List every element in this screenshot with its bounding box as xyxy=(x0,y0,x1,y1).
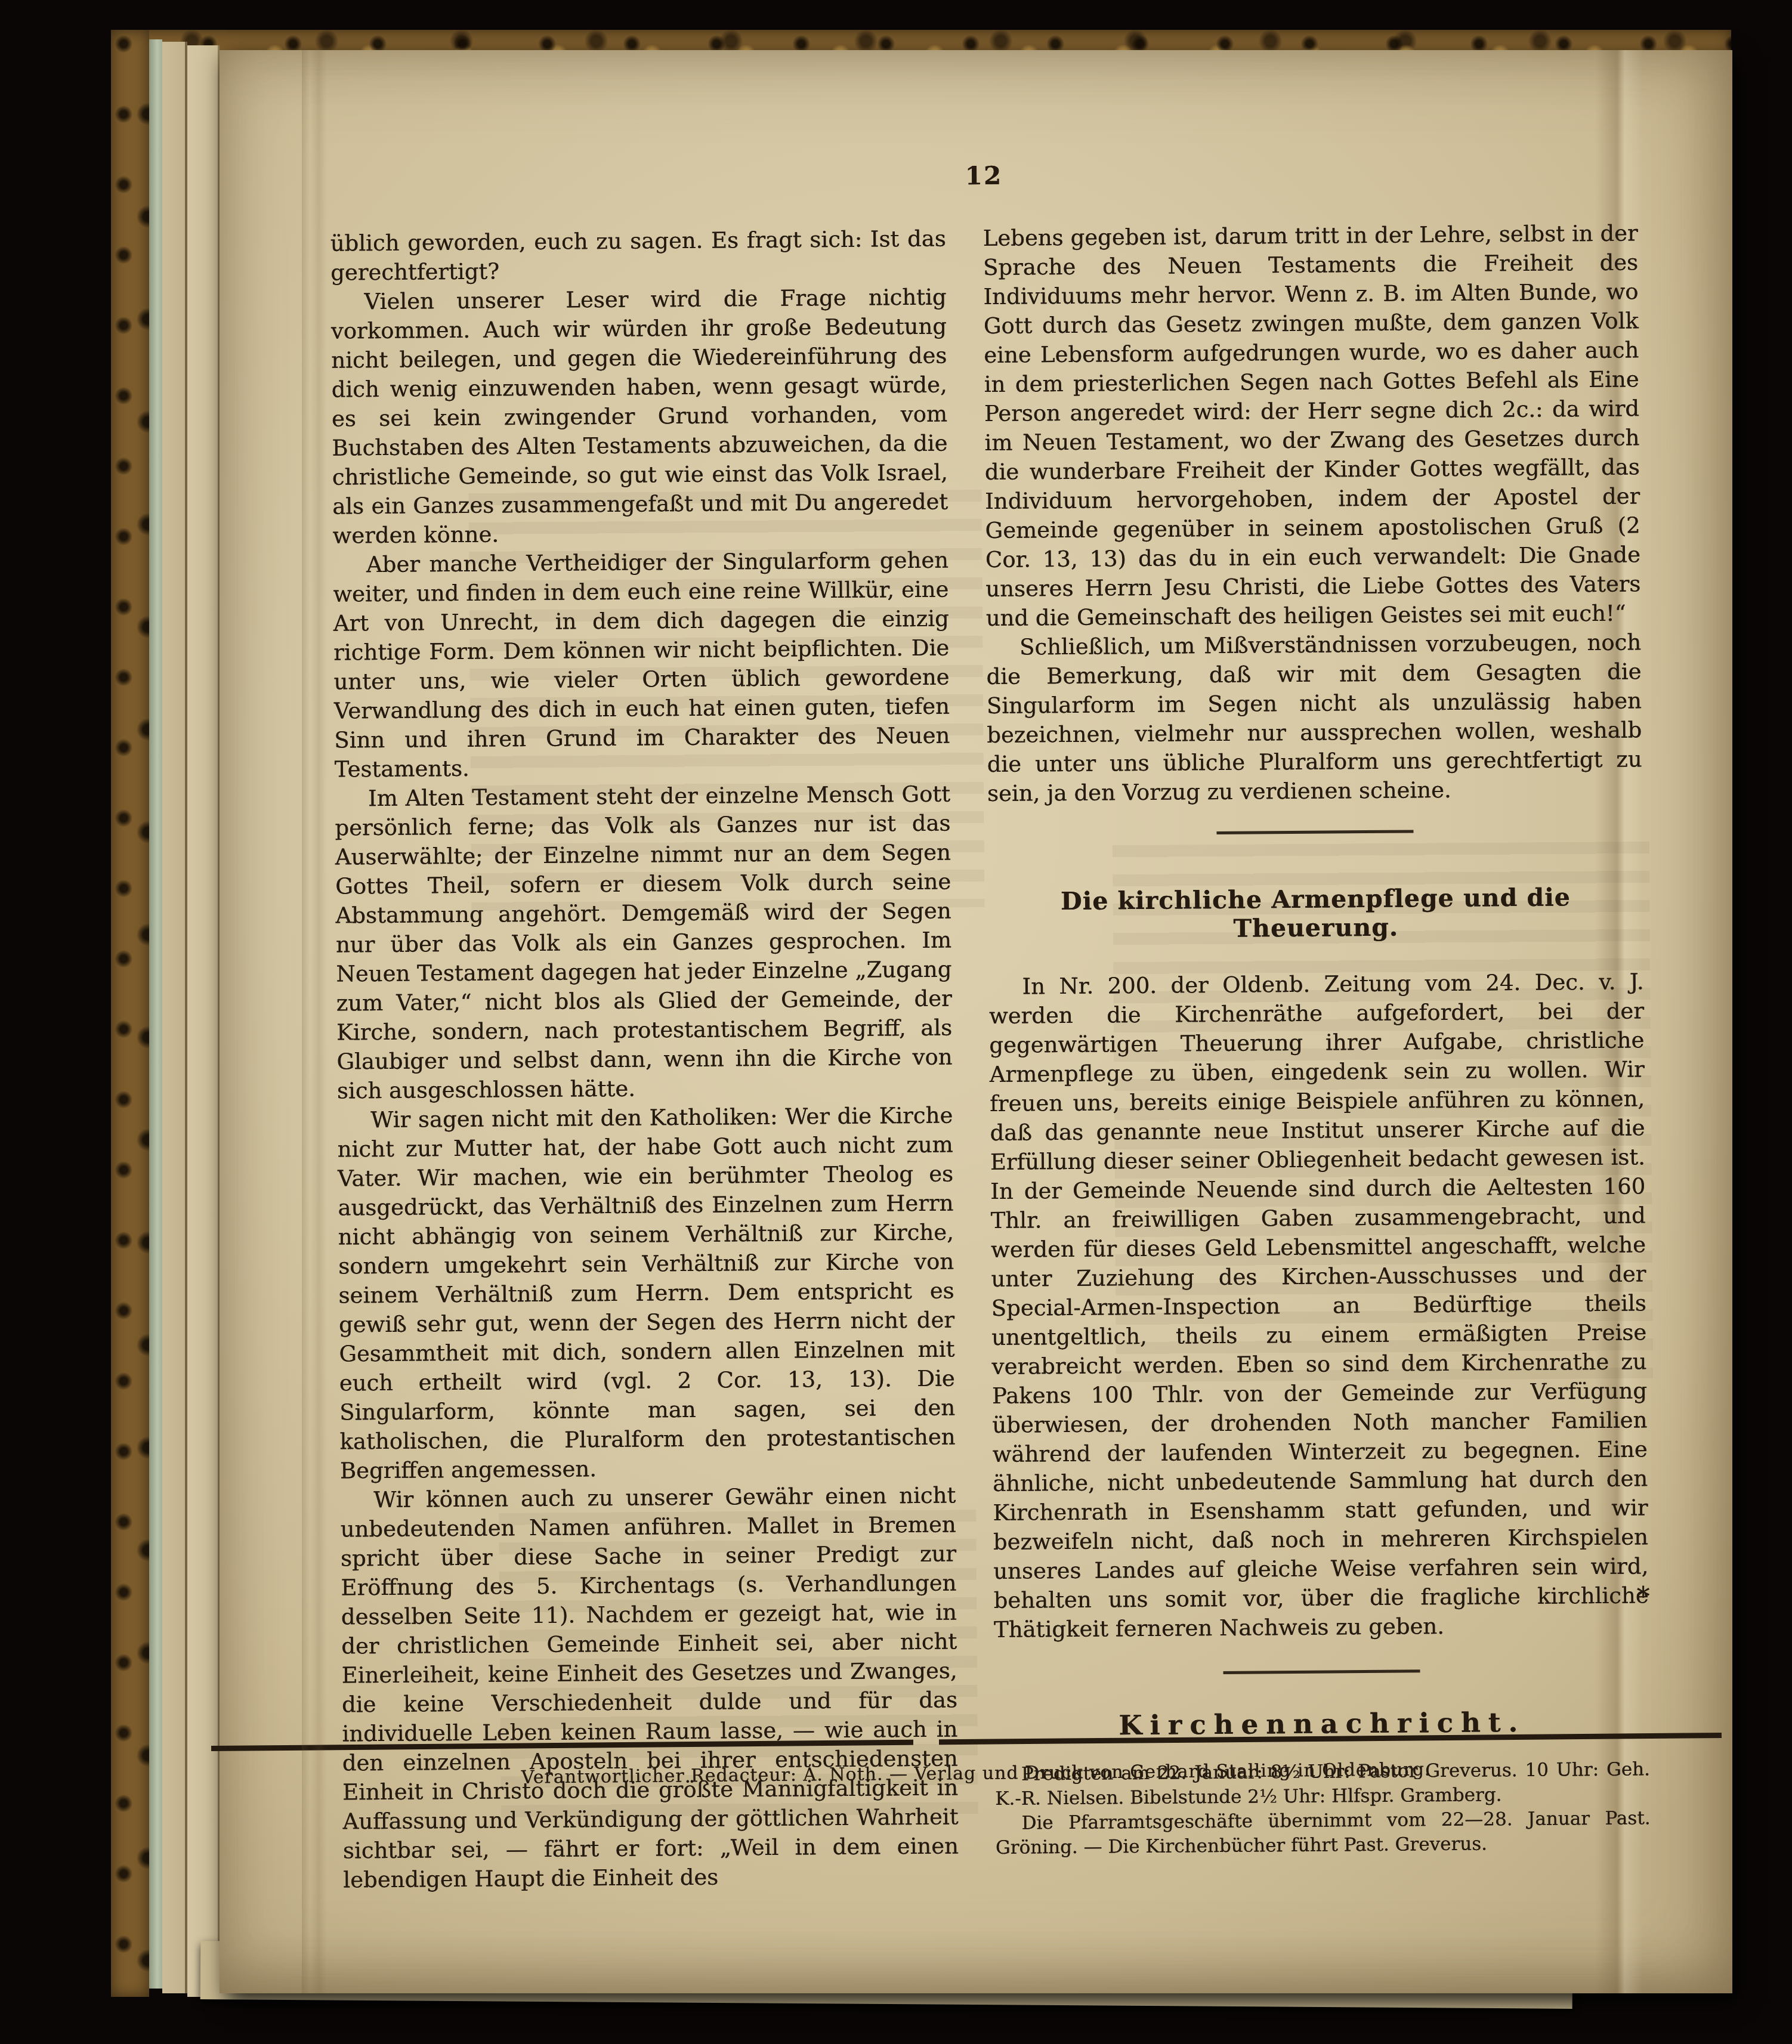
page-edge-stack xyxy=(187,45,220,1997)
paragraph: In Nr. 200. der Oldenb. Zeitung vom 24. … xyxy=(988,967,1649,1644)
column-right: Lebens gegeben ist, darum tritt in der L… xyxy=(982,218,1651,1860)
page-number: 12 xyxy=(330,156,1637,195)
book-cover-spine-edge xyxy=(111,30,149,1997)
page-edge-endpaper xyxy=(149,39,162,1989)
article-body: In Nr. 200. der Oldenb. Zeitung vom 24. … xyxy=(988,967,1649,1644)
paragraph: Wir können auch zu unserer Gewähr einen … xyxy=(340,1480,959,1894)
paragraph: Vielen unserer Leser wird die Frage nich… xyxy=(330,283,948,551)
footnote-asterisk: * xyxy=(1636,1581,1649,1612)
text-columns: üblich geworden, euch zu sagen. Es fragt… xyxy=(330,218,1651,1894)
article-title: Die kirchliche Armenpflege und die Theue… xyxy=(988,882,1643,945)
paragraph: Aber manche Vertheidiger der Singularfor… xyxy=(333,546,950,784)
page: 12 üblich geworden, euch zu sagen. Es fr… xyxy=(220,50,1732,1993)
paragraph: Wir sagen nicht mit den Katholiken: Wer … xyxy=(337,1100,956,1485)
paragraph: üblich geworden, euch zu sagen. Es fragt… xyxy=(330,224,946,287)
page-content: 12 üblich geworden, euch zu sagen. Es fr… xyxy=(330,156,1651,1894)
paragraph: Schließlich, um Mißverständnissen vorzub… xyxy=(986,627,1642,808)
column-left: üblich geworden, euch zu sagen. Es fragt… xyxy=(330,224,959,1895)
section-divider xyxy=(1216,830,1413,834)
page-edge-stack xyxy=(162,42,187,1993)
paragraph: Die Pfarramtsgeschäfte übernimmt vom 22—… xyxy=(995,1806,1651,1860)
paragraph: Im Alten Testament steht der einzelne Me… xyxy=(335,780,953,1106)
paragraph: Lebens gegeben ist, darum tritt in der L… xyxy=(982,218,1640,633)
section-divider xyxy=(1223,1669,1420,1674)
